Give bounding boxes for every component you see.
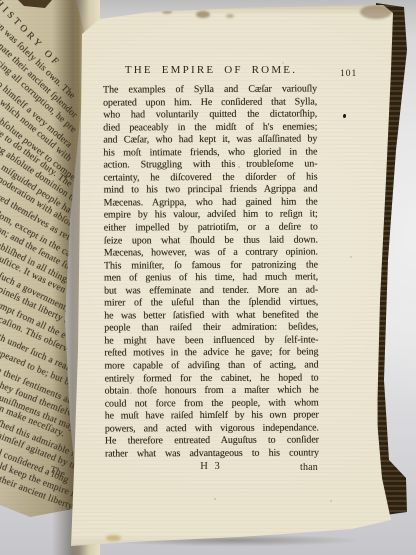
body-line: mind to his two principal friends Agripp…: [104, 184, 318, 198]
body-text: The examples of Sylla and Cæſar variouſl…: [103, 83, 319, 461]
bottom-stain: [106, 535, 121, 541]
body-line: Mæcenas, however, was of a contrary opin…: [104, 247, 318, 261]
body-line: he muſt have raiſed himſelf by his own p…: [105, 410, 319, 424]
body-line: and Cæſar, who had kept it, was aſſaſſin…: [103, 134, 317, 148]
body-line: reſted motives in the advice he gave; fo…: [104, 347, 318, 361]
body-line: He therefore entreated Auguſtus to conſi…: [105, 435, 319, 449]
body-line: operated upon him. He conſidered that Sy…: [103, 96, 317, 110]
body-line: either impelled by patriotiſm, or a deſi…: [104, 221, 318, 235]
body-line: who had voluntarily quitted the dictator…: [103, 109, 317, 123]
body-line: action. Struggling with this troubleſome…: [103, 159, 317, 173]
book-photograph: HISTORY OF don was ſolely his own. The e…: [0, 0, 416, 555]
running-head: THE EMPIRE OF ROME.: [104, 64, 318, 76]
body-line: men of genius of his time, had much meri…: [104, 272, 318, 286]
body-line: mirer of the uſeful than the ſplendid vi…: [104, 297, 318, 311]
body-line: people than raiſed their admiration: beſ…: [104, 322, 318, 336]
catchword: than: [300, 462, 318, 473]
foxing-stain: [162, 9, 172, 14]
signature-row: H 3 than: [104, 461, 318, 474]
foxing-stain: [196, 11, 210, 18]
page-number: 101: [340, 69, 357, 79]
body-line: rather what was advantageous to his coun…: [105, 447, 319, 461]
ink-spot: [343, 114, 346, 118]
body-line: The examples of Sylla and Cæſar variouſl…: [103, 83, 317, 97]
body-line: empire by his valour, adviſed him to reſ…: [104, 209, 318, 223]
foxing-stain: [226, 14, 234, 18]
body-line: more capable of adviſing than of acting,…: [104, 359, 318, 373]
body-line: obtain thoſe honours from a maſter which…: [105, 385, 319, 399]
signature-mark: H 3: [104, 461, 318, 472]
